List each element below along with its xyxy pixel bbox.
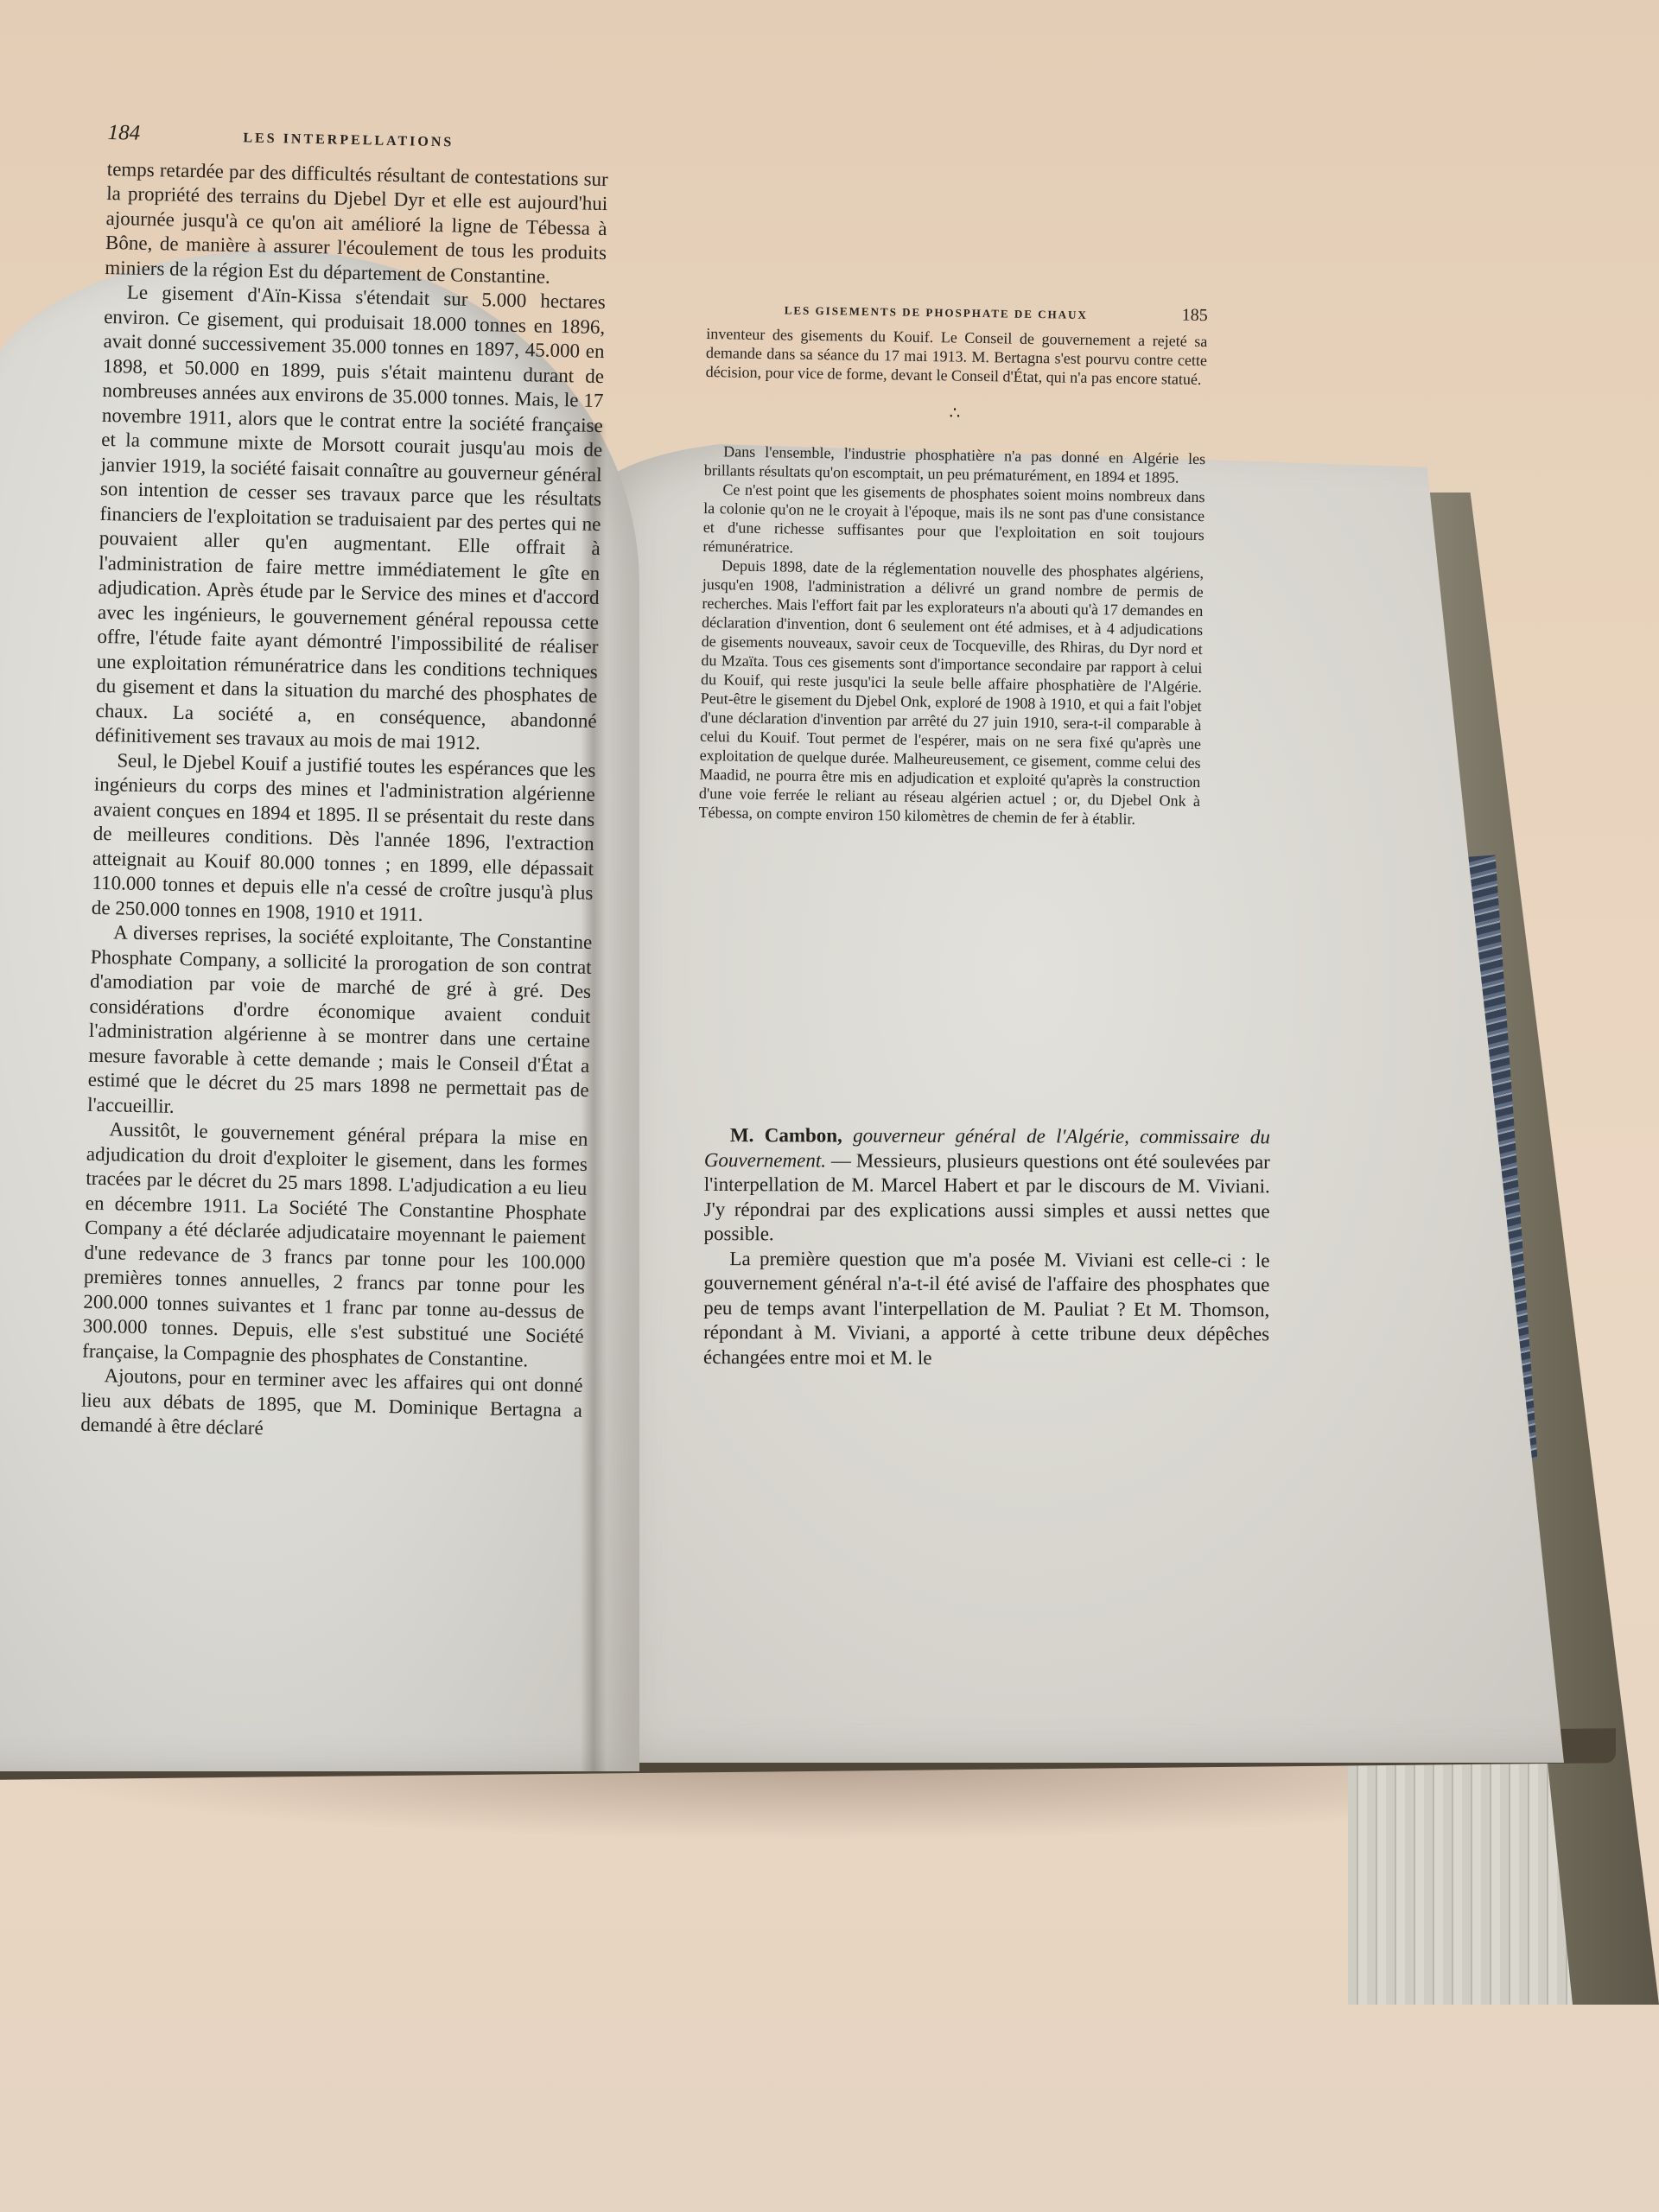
paragraph: Aussitôt, le gouvernement général prépar… [82, 1117, 588, 1374]
running-head: LES GISEMENTS DE PHOSPHATE DE CHAUX [785, 301, 1088, 325]
paragraph: temps retardée par des difficultés résul… [105, 156, 608, 290]
paragraph: Ajoutons, pour en terminer avec les affa… [80, 1363, 583, 1448]
left-page-text: 184 LES INTERPELLATIONS temps retardée p… [80, 121, 609, 1447]
paragraph: Depuis 1898, date de la réglementation n… [698, 556, 1204, 829]
speaker-name: M. Cambon, [730, 1124, 842, 1146]
paragraph: A diverses reprises, la société exploita… [87, 920, 593, 1128]
page-number: 184 [107, 121, 140, 146]
asterism-divider: ∴ [705, 400, 1206, 427]
cambon-speech: M. Cambon, gouverneur général de l'Algér… [703, 1123, 1270, 1371]
speech-paragraph: La première question que m'a posée M. Vi… [703, 1246, 1269, 1371]
running-head: LES INTERPELLATIONS [243, 126, 454, 156]
paragraph-continuation: inventeur des gisements du Kouif. Le Con… [705, 324, 1207, 389]
left-page-header: 184 LES INTERPELLATIONS [107, 121, 609, 159]
page-number: 185 [1182, 306, 1208, 325]
right-page-text: LES GISEMENTS DE PHOSPHATE DE CHAUX 185 … [698, 298, 1207, 829]
paragraph: Seul, le Djebel Kouif a justifié toutes … [92, 747, 596, 931]
paragraph: Le gisement d'Aïn-Kissa s'étendait sur 5… [95, 280, 606, 759]
paragraph: Ce n'est point que les gisements de phos… [702, 480, 1205, 563]
speech-paragraph: M. Cambon, gouverneur général de l'Algér… [704, 1123, 1270, 1249]
